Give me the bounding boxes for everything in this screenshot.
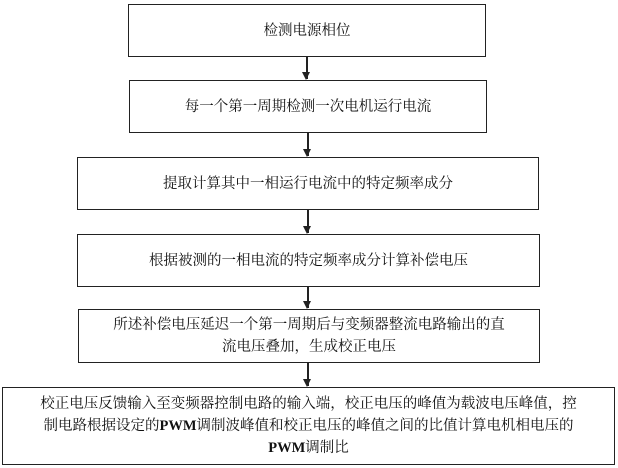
step-5-generate-corrected-voltage: 所述补偿电压延迟一个第一周期后与变频器整流电路输出的直 流电压叠加，生成校正电压 [78,309,540,363]
step-4-text: 根据被测的一相电流的特定频率成分计算补偿电压 [149,250,468,272]
step-6-line-3-post: 调制比 [305,440,349,456]
step-1-text: 检测电源相位 [264,20,351,42]
step-6-line-2-pwm: PWM [159,418,196,434]
step-6-compute-pwm-modulation-ratio: 校正电压反馈输入至变频器控制电路的输入端，校正电压的峰值为载波电压峰值，控 制电… [2,387,615,465]
arrow-3-to-4 [307,210,309,233]
step-5-line-1: 所述补偿电压延迟一个第一周期后与变频器整流电路输出的直 [113,314,505,336]
step-6-line-2-pre: 制电路根据设定的 [43,418,159,434]
step-4-compute-compensation-voltage: 根据被测的一相电流的特定频率成分计算补偿电压 [77,234,540,287]
step-6-line-2-post: 调制波峰值和校正电压的峰值之间的比值计算电机相电压的 [197,418,574,434]
step-6-line-3-pwm: PWM [268,440,305,456]
step-5-line-2: 流电压叠加，生成校正电压 [113,336,505,358]
arrow-5-to-6 [307,363,309,386]
step-6-line-3: PWM调制比 [40,437,577,459]
arrow-2-to-3 [307,133,309,156]
step-2-text: 每一个第一周期检测一次电机运行电流 [185,96,432,118]
step-3-text: 提取计算其中一相运行电流中的特定频率成分 [163,173,453,195]
arrow-1-to-2 [306,57,308,79]
step-1-detect-power-phase: 检测电源相位 [128,4,486,57]
step-2-detect-motor-current: 每一个第一周期检测一次电机运行电流 [129,80,487,133]
step-3-extract-frequency-component: 提取计算其中一相运行电流中的特定频率成分 [77,157,539,210]
step-6-line-1: 校正电压反馈输入至变频器控制电路的输入端，校正电压的峰值为载波电压峰值，控 [40,393,577,415]
arrow-4-to-5 [307,287,309,308]
step-6-line-2: 制电路根据设定的PWM调制波峰值和校正电压的峰值之间的比值计算电机相电压的 [40,415,577,437]
